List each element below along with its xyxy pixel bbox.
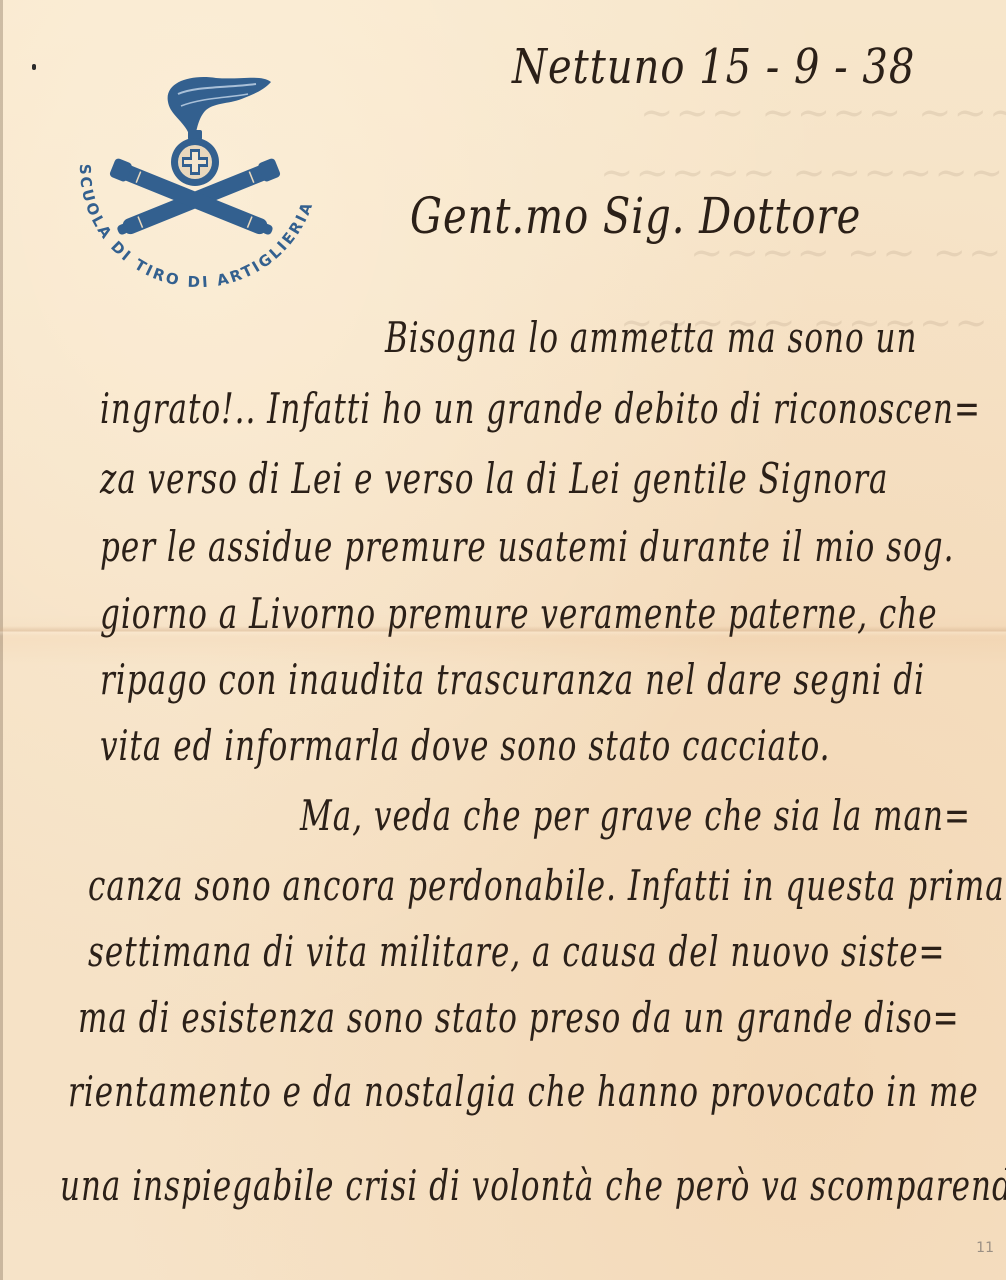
body-line: ripago con inaudita trascuranza nel dare… [100,656,925,705]
page-number: 11 [976,1240,994,1256]
page-edge [0,0,3,1280]
bleed-through-text: ~~~ ~~~~ ~~~~~~ [640,90,1006,136]
artillery-emblem-icon: SCUOLA DI TIRO DI ARTIGLIERIA [66,72,336,302]
body-line: per le assidue premure usatemi durante i… [100,523,954,572]
body-line: za verso di Lei e verso la di Lei gentil… [100,455,889,504]
body-line: Ma, veda che per grave che sia la man= [300,792,971,841]
body-line: una inspiegabile crisi di volontà che pe… [60,1162,1006,1211]
body-line: Bisogna lo ammetta ma sono un [385,314,917,363]
ink-speck [32,64,36,70]
body-line: vita ed informarla dove sono stato cacci… [100,722,831,771]
body-line: giorno a Livorno premure veramente pater… [100,590,938,639]
body-line: canza sono ancora perdonabile. Infatti i… [88,862,1005,911]
place-date: Nettuno 15 - 9 - 38 [512,40,915,95]
salutation: Gent.mo Sig. Dottore [410,188,861,246]
body-line: ma di esistenza sono stato preso da un g… [78,994,960,1043]
body-line: rientamento e da nostalgia che hanno pro… [68,1068,979,1117]
body-line: ingrato!.. Infatti ho un grande debito d… [100,385,981,434]
letter-page: ~~~ ~~~~ ~~~~~~ ~~~~~ ~~~~~~ ~~~ ~~~~ ~~… [0,0,1006,1280]
letterhead-emblem: SCUOLA DI TIRO DI ARTIGLIERIA [66,72,336,302]
body-line: settimana di vita militare, a causa del … [88,928,946,977]
